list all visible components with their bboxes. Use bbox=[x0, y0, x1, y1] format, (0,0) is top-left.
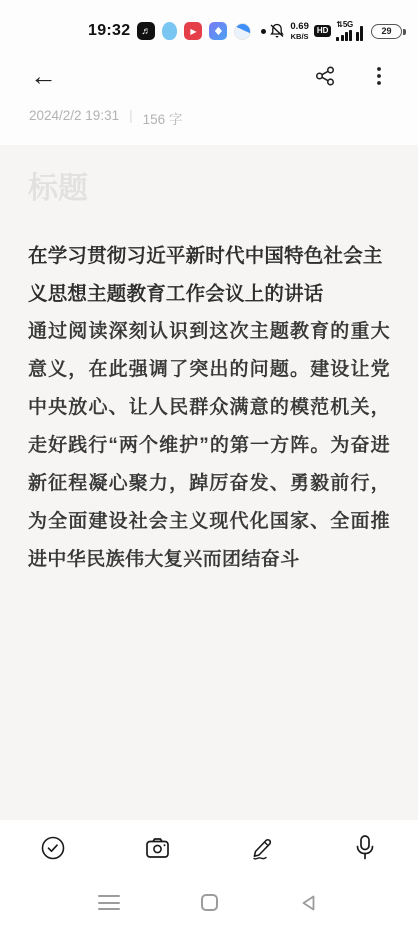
note-title-input[interactable]: 标题 bbox=[28, 163, 390, 207]
home-button[interactable] bbox=[159, 894, 259, 911]
speed-unit: KB/S bbox=[291, 33, 309, 41]
video-play-notification-icon: ▶ bbox=[184, 22, 202, 40]
note-editor-area[interactable]: 标题 在学习贯彻习近平新时代中国特色社会主义思想主题教育工作会议上的讲话 通过阅… bbox=[0, 145, 418, 820]
notes-app-screen: 19:32 ♬ ▶ 0.69 KB/S HD ⇅5G bbox=[0, 0, 418, 930]
check-circle-icon bbox=[40, 835, 66, 861]
network-type-label: ⇅5G bbox=[336, 21, 352, 29]
note-meta: 2024/2/2 19:31 | 156 字 bbox=[0, 102, 418, 145]
back-triangle-icon bbox=[299, 893, 319, 913]
browser-notification-icon bbox=[234, 23, 251, 40]
system-navigation-bar bbox=[0, 875, 418, 930]
tiktok-notification-icon: ♬ bbox=[137, 22, 155, 40]
signal-bars-sim1-icon bbox=[336, 30, 352, 41]
recents-button[interactable] bbox=[59, 895, 159, 910]
status-bar-left: 19:32 ♬ ▶ bbox=[88, 22, 266, 40]
nav-back-button[interactable] bbox=[259, 893, 359, 913]
todo-checklist-button[interactable] bbox=[38, 833, 68, 863]
home-icon bbox=[201, 894, 218, 911]
header-actions bbox=[314, 65, 388, 87]
gem-shape bbox=[214, 27, 223, 36]
more-menu-button[interactable] bbox=[370, 66, 388, 86]
music-note-glyph: ♬ bbox=[141, 26, 151, 37]
header-toolbar: ← bbox=[0, 50, 418, 102]
play-glyph: ▶ bbox=[190, 27, 196, 36]
microphone-icon bbox=[353, 834, 377, 861]
notifications-muted-icon bbox=[269, 23, 285, 39]
note-heading-text[interactable]: 在学习贯彻习近平新时代中国特色社会主义思想主题教育工作会议上的讲话 bbox=[28, 237, 390, 313]
battery-indicator: 29 bbox=[371, 24, 402, 39]
back-button[interactable]: ← bbox=[30, 63, 57, 90]
kebab-menu-icon bbox=[370, 66, 388, 86]
network-type-text: 5G bbox=[343, 20, 353, 29]
note-datetime: 2024/2/2 19:31 bbox=[29, 108, 119, 123]
cellular-signal-indicator: ⇅5G bbox=[336, 21, 363, 41]
note-body-text[interactable]: 通过阅读深刻认识到这次主题教育的重大意义，在此强调了突出的问题。建设让党中央放心… bbox=[28, 313, 390, 579]
network-speed-indicator: 0.69 KB/S bbox=[290, 22, 309, 40]
clock: 19:32 bbox=[88, 22, 130, 40]
share-nodes-icon bbox=[314, 65, 336, 87]
signal-bars-sim2-icon bbox=[356, 26, 363, 41]
share-button[interactable] bbox=[314, 65, 336, 87]
sim1-signal: ⇅5G bbox=[336, 21, 352, 41]
editor-toolbar bbox=[0, 820, 418, 875]
photos-notification-icon bbox=[209, 22, 227, 40]
meta-divider: | bbox=[129, 108, 133, 123]
pen-icon bbox=[248, 834, 275, 861]
battery-percent: 29 bbox=[381, 26, 391, 36]
status-bar-right: 0.69 KB/S HD ⇅5G 29 bbox=[269, 21, 402, 41]
camera-icon bbox=[144, 835, 171, 861]
recents-icon bbox=[98, 895, 120, 910]
camera-button[interactable] bbox=[142, 833, 172, 863]
note-word-count: 156 字 bbox=[143, 108, 183, 128]
speed-value: 0.69 bbox=[290, 22, 309, 32]
more-notifications-dot-icon bbox=[261, 29, 266, 34]
qq-notification-icon bbox=[162, 22, 177, 40]
doodle-pen-button[interactable] bbox=[246, 833, 276, 863]
status-bar: 19:32 ♬ ▶ 0.69 KB/S HD ⇅5G bbox=[0, 0, 418, 50]
hd-voice-badge: HD bbox=[314, 25, 332, 37]
battery-nub bbox=[403, 29, 406, 35]
voice-record-button[interactable] bbox=[350, 833, 380, 863]
